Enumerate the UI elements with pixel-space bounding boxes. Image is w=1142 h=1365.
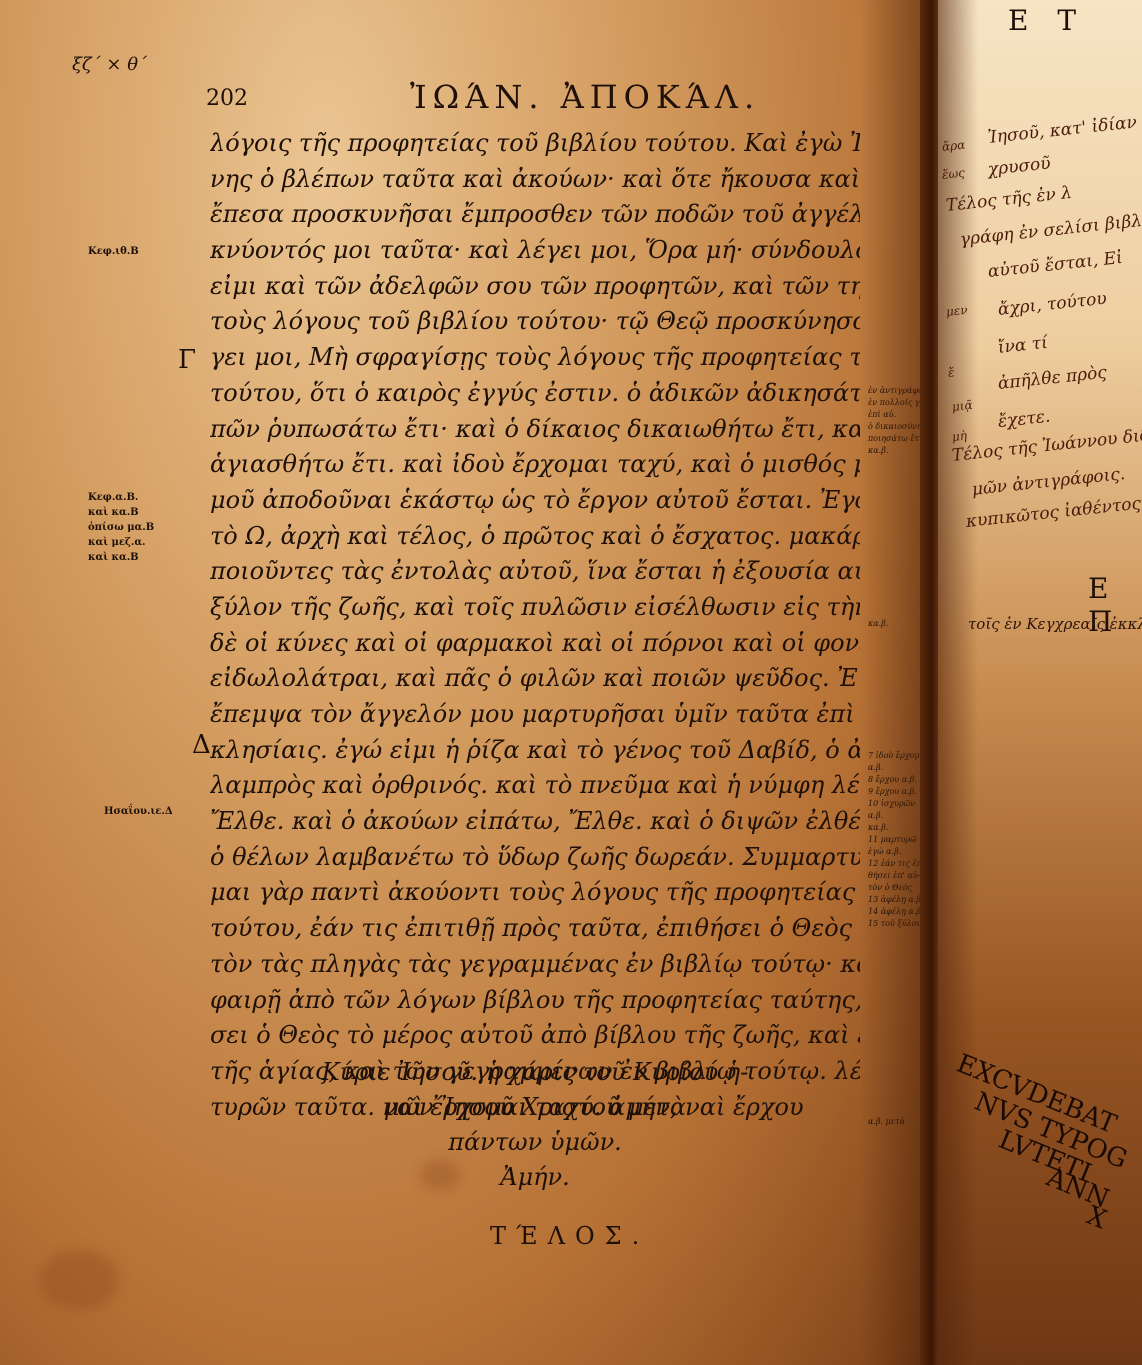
handwritten-note: Τέλος τῆς Ἰωάννου διδ — [951, 425, 1142, 466]
section-letter-delta: Δ — [192, 730, 211, 760]
text-line: ὁ θέλων λαμβανέτω τὸ ὕδωρ ζωῆς δωρεάν. Σ… — [210, 840, 860, 876]
text-line: εἰδωλολάτραι, καὶ πᾶς ὁ φιλῶν καὶ ποιῶν … — [210, 661, 860, 697]
book-gutter — [920, 0, 940, 1365]
margin-reference-group: Κεφ.α.Β. καὶ κα.Β ὁπίσω μα.Β καὶ μεζ.α. … — [88, 490, 154, 565]
text-line: τούτου, ὅτι ὁ καιρὸς ἐγγύς ἐστιν. ὁ ἀδικ… — [210, 376, 860, 412]
handwritten-note: ἀπῆλθε πρὸς — [997, 363, 1108, 394]
text-line: κλησίαις. ἐγώ εἰμι ἡ ῥίζα καὶ τὸ γένος τ… — [210, 733, 860, 769]
left-page: ξζ΄ × θ΄ 202 ἸΩΆΝ. ἈΠΟΚΆΛ. λόγοις τῆς πρ… — [0, 0, 930, 1365]
handwritten-note: αὐτοῦ ἔσται, Εἰ — [987, 248, 1124, 282]
text-line: μαι γὰρ παντὶ ἀκούοντι τοὺς λόγους τῆς π… — [210, 875, 860, 911]
running-head: ἸΩΆΝ. ἈΠΟΚΆΛ. — [410, 78, 760, 116]
margin-reference: Κεφ.α.Β. — [88, 490, 154, 505]
handwritten-folio-note: ξζ΄ × θ΄ — [72, 54, 147, 75]
handwritten-note: ἴνα τί — [997, 333, 1049, 358]
handwritten-note: Ἰησοῦ, κατ' ἰδίαν — [987, 112, 1138, 148]
book-spread: ξζ΄ × θ΄ 202 ἸΩΆΝ. ἈΠΟΚΆΛ. λόγοις τῆς πρ… — [0, 0, 1142, 1365]
text-line: γει μοι, Μὴ σφραγίσῃς τοὺς λόγους τῆς πρ… — [210, 340, 860, 376]
handwritten-note: γράφη ἐν σελίσι βιβλ. — [959, 210, 1142, 250]
text-line: σει ὁ Θεὸς τὸ μέρος αὐτοῦ ἀπὸ βίβλου τῆς… — [210, 1018, 860, 1054]
handwritten-note: ἄχρι, τούτου — [997, 289, 1108, 320]
text-line: Ἔλθε. καὶ ὁ ἀκούων εἰπάτω, Ἔλθε. καὶ ὁ δ… — [210, 804, 860, 840]
handwritten-note: μῶν ἀντιγράφοις. — [971, 464, 1126, 500]
page-number: 202 — [206, 86, 248, 111]
handwritten-note: Τέλος τῆς ἐν λ — [945, 183, 1073, 216]
paper-stain — [40, 1250, 120, 1310]
text-line: Κύριε Ἰησοῦ. ἡ χάρις τοῦ Κυρίου ἡ- — [210, 1055, 860, 1090]
printed-note: τοῖς ἐν Κεγχρεαῖς ἐκκλ — [968, 615, 1142, 633]
handwritten-margin-word: ἄρα — [941, 138, 966, 154]
right-page-heading: Ε Τ — [1008, 4, 1086, 37]
text-line: ἔπεμψα τὸν ἄγγελόν μου μαρτυρῆσαι ὑμῖν τ… — [210, 697, 860, 733]
text-line: Ἀμήν. — [210, 1160, 860, 1195]
handwritten-note: χρυσοῦ — [987, 153, 1052, 179]
text-line: πάντων ὑμῶν. — [210, 1125, 860, 1160]
text-line: ξύλον τῆς ζωῆς, καὶ τοῖς πυλῶσιν εἰσέλθω… — [210, 590, 860, 626]
colophon: EXCVDEBAT NVS TYPOG LVTETI ANN X — [965, 1045, 1142, 1235]
handwritten-margin-word: μεν — [945, 303, 968, 319]
text-line: κνύοντός μοι ταῦτα· καὶ λέγει μοι, Ὅρα μ… — [210, 233, 860, 269]
finis-heading: ΤΈΛΟΣ. — [490, 1222, 649, 1250]
text-line: λαμπρὸς καὶ ὀρθρινός. καὶ τὸ πνεῦμα καὶ … — [210, 768, 860, 804]
text-line: τοὺς λόγους τοῦ βιβλίου τούτου· τῷ Θεῷ π… — [210, 304, 860, 340]
margin-reference: καὶ μεζ.α. — [88, 535, 154, 550]
handwritten-margin-word: μιᾷ — [951, 398, 973, 414]
margin-reference: καὶ κα.Β — [88, 505, 154, 520]
closing-benediction: Κύριε Ἰησοῦ. ἡ χάρις τοῦ Κυρίου ἡ- μῶν Ἰ… — [210, 1055, 860, 1195]
text-line: δὲ οἱ κύνες καὶ οἱ φαρμακοὶ καὶ οἱ πόρνο… — [210, 626, 860, 662]
text-line: ἔπεσα προσκυνῆσαι ἔμπροσθεν τῶν ποδῶν το… — [210, 197, 860, 233]
text-line: νης ὁ βλέπων ταῦτα καὶ ἀκούων· καὶ ὅτε ἤ… — [210, 162, 860, 198]
handwritten-margin-word: ἔ — [947, 365, 955, 380]
section-letter-gamma: Γ — [178, 345, 196, 375]
text-line: τούτου, ἐάν τις ἐπιτιθῇ πρὸς ταῦτα, ἐπιθ… — [210, 911, 860, 947]
margin-reference: Κεφ.ιθ.Β — [88, 244, 139, 259]
margin-reference: καὶ κα.Β — [88, 550, 154, 565]
handwritten-note: ἔχετε. — [997, 407, 1051, 432]
margin-reference: Ησαΐου.ιε.Δ — [104, 804, 173, 819]
text-line: λόγοις τῆς προφητείας τοῦ βιβλίου τούτου… — [210, 126, 860, 162]
text-line: μοῦ ἀποδοῦναι ἑκάστῳ ὡς τὸ ἔργον αὐτοῦ ἔ… — [210, 483, 860, 519]
text-line: τὸ Ω, ἀρχὴ καὶ τέλος, ὁ πρῶτος καὶ ὁ ἔσχ… — [210, 519, 860, 555]
text-line: μῶν Ἰησοῦ Χριστοῦ μετὰ — [210, 1090, 860, 1125]
text-line: φαιρῇ ἀπὸ τῶν λόγων βίβλου τῆς προφητεία… — [210, 983, 860, 1019]
text-line: εἰμι καὶ τῶν ἀδελφῶν σου τῶν προφητῶν, κ… — [210, 269, 860, 305]
text-line: πῶν ῥυπωσάτω ἔτι· καὶ ὁ δίκαιος δικαιωθή… — [210, 412, 860, 448]
text-line: ποιοῦντες τὰς ἐντολὰς αὐτοῦ, ἵνα ἔσται ἡ… — [210, 554, 860, 590]
text-line: τὸν τὰς πληγὰς τὰς γεγραμμένας ἐν βιβλίῳ… — [210, 947, 860, 983]
margin-reference: ὁπίσω μα.Β — [88, 520, 154, 535]
text-line: ἁγιασθήτω ἔτι. καὶ ἰδοὺ ἔρχομαι ταχύ, κα… — [210, 447, 860, 483]
handwritten-margin-word: ἕως — [941, 166, 965, 182]
handwritten-note: κυπικῶτος ἰαθέντος — [965, 494, 1142, 532]
handwritten-margin-word: μὴ — [951, 428, 967, 443]
body-text: λόγοις τῆς προφητείας τοῦ βιβλίου τούτου… — [210, 126, 860, 1125]
